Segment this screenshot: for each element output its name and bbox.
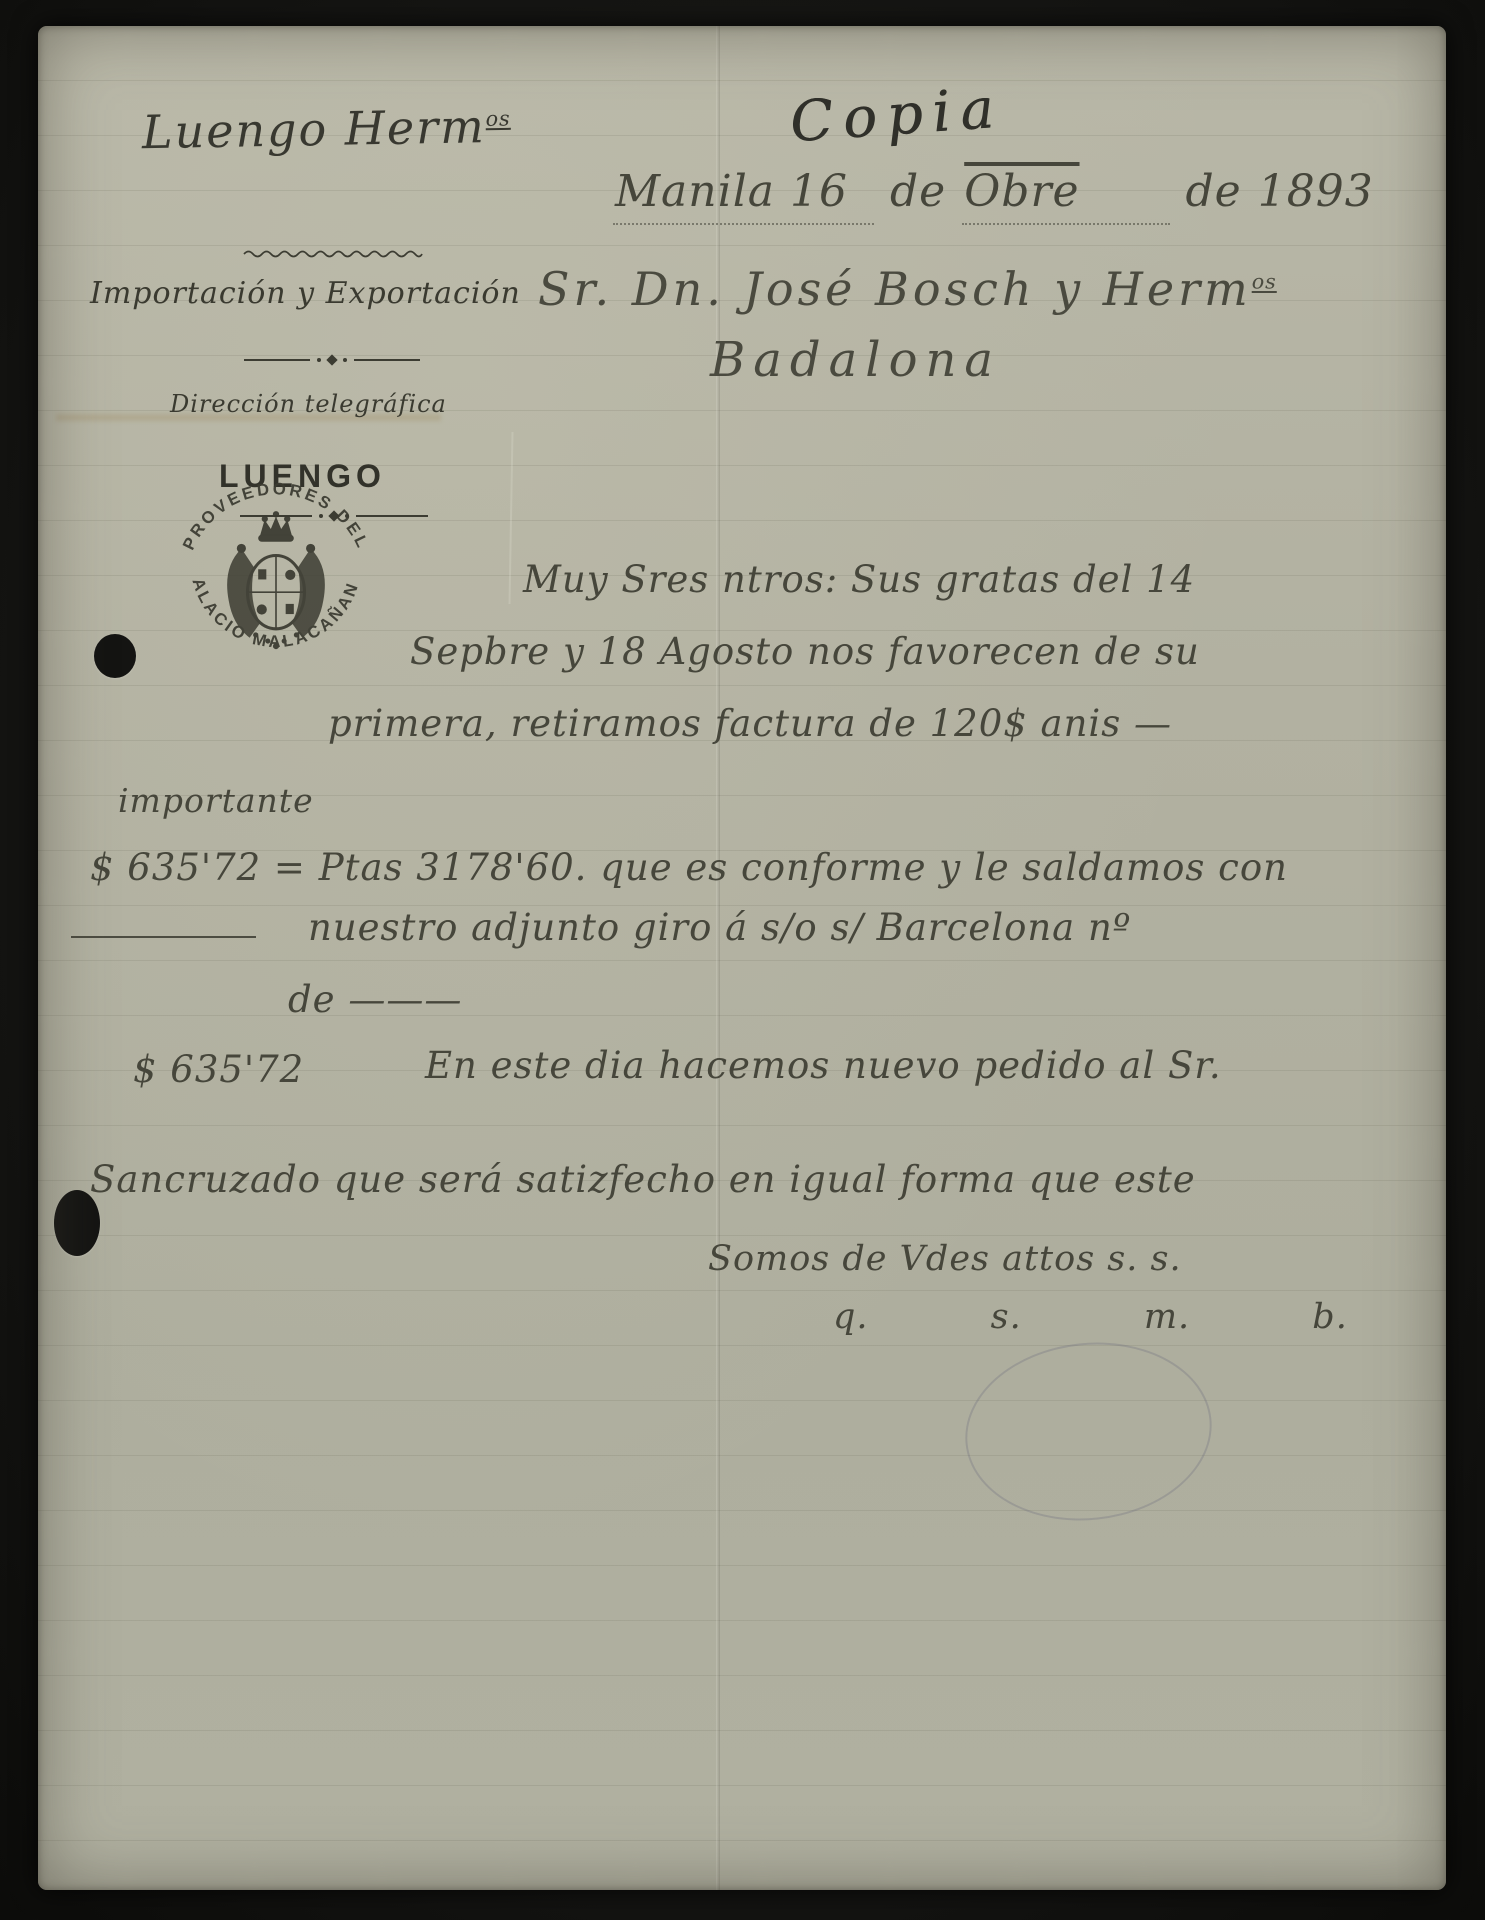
body-line-8: En este dia hacemos nuevo pedido al Sr. — [425, 1044, 1222, 1088]
telegraph-label: Dirección telegráfica — [170, 390, 447, 418]
dateline-year: 1893 — [1258, 166, 1374, 219]
dateline-city-day: Manila 16 — [613, 166, 874, 225]
palace-seal: PROVEEDORES DEL PALACIO MALACAÑANG — [164, 470, 388, 694]
rule-segment — [244, 359, 310, 361]
body-line-4: importante — [118, 781, 314, 821]
dateline-de: de — [890, 166, 946, 219]
rule-segment — [354, 359, 420, 361]
body-line-1: Muy Sres ntros: Sus gratas del 14 — [523, 558, 1195, 602]
body-line-7: de ——— — [288, 978, 462, 1022]
rule-dot — [317, 358, 321, 362]
letter-page: Luengo Hermos Importación y Exportación … — [38, 26, 1446, 1890]
body-line-9: Sancruzado que será satizfecho en igual … — [90, 1158, 1196, 1202]
addressee-suffix: os — [1252, 270, 1277, 294]
body-line-6: nuestro adjunto giro á s/o s/ Barcelona … — [308, 906, 1131, 950]
company-name: Luengo Hermos — [142, 99, 512, 159]
company-name-text: Luengo Herm — [142, 99, 487, 159]
addressee-city: Badalona — [710, 332, 1001, 390]
company-subtitle: Importación y Exportación — [90, 276, 521, 311]
rule-diamond — [326, 354, 337, 365]
wavy-rule — [242, 248, 424, 258]
scanned-letter: Luengo Hermos Importación y Exportación … — [0, 0, 1485, 1920]
addressee-name: Sr. Dn. José Bosch y Hermos — [538, 262, 1277, 317]
body-line-2: Sepbre y 18 Agosto nos favorecen de su — [410, 630, 1200, 674]
closing-line: Somos de Vdes attos s. s. — [708, 1238, 1182, 1280]
dateline-de: de — [1186, 166, 1242, 219]
closing-initials: q. s. m. b. — [833, 1296, 1348, 1338]
body-line-3: primera, retiramos factura de 120$ anis … — [328, 702, 1172, 746]
margin-amount-rule — [71, 936, 256, 938]
punch-hole-top — [94, 634, 136, 678]
company-name-suffix: os — [485, 106, 510, 130]
addressee-text: Sr. Dn. José Bosch y Herm — [538, 262, 1252, 316]
rule-dot — [343, 358, 347, 362]
dateline: Manila 16 de Obre de 1893 — [613, 166, 1374, 225]
dateline-month: Obre — [962, 166, 1169, 225]
body-line-amounts: $ 635'72 = Ptas 3178'60. que es conforme… — [90, 846, 1288, 890]
margin-amount: $ 635'72 — [133, 1048, 304, 1092]
coat-of-arms-icon — [228, 512, 325, 649]
ornament-rule-top — [244, 356, 420, 364]
